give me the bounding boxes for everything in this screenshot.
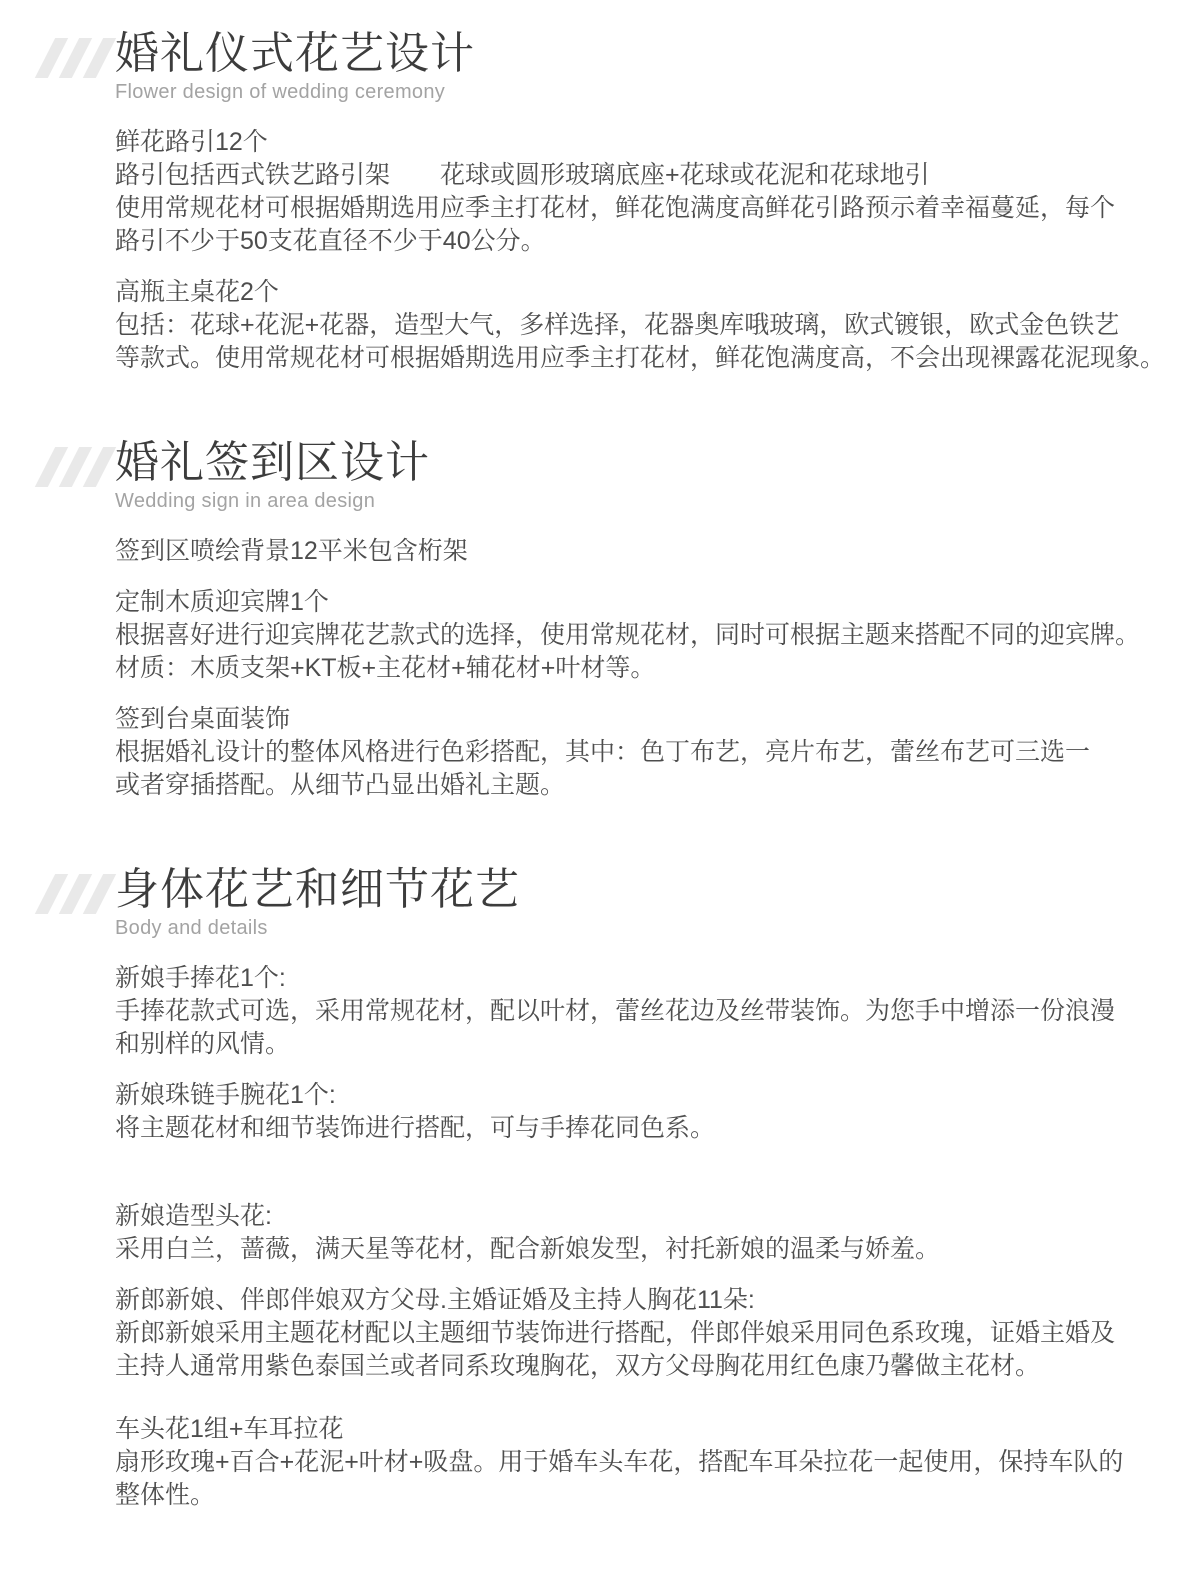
paragraph-signin-table-decor: 签到台桌面装饰 根据婚礼设计的整体风格进行色彩搭配，其中：色丁布艺，亮片布艺，蕾… — [115, 703, 1175, 802]
section-title: 婚礼签到区设计 — [115, 439, 1175, 487]
text-line: 根据婚礼设计的整体风格进行色彩搭配，其中：色丁布艺，亮片布艺，蕾丝布艺可三选一 — [115, 736, 1175, 769]
paragraph-wrist-flower: 新娘珠链手腕花1个: 将主题花材和细节装饰进行搭配，可与手捧花同色系。 — [115, 1079, 1175, 1145]
section-header: 身体花艺和细节花艺 Body and details — [115, 866, 1175, 940]
text-line: 新娘手捧花1个: — [115, 962, 1175, 995]
paragraph-car-flowers: 车头花1组+车耳拉花 扇形玫瑰+百合+花泥+叶材+吸盘。用于婚车头车花，搭配车耳… — [115, 1413, 1175, 1512]
text-line: 高瓶主桌花2个 — [115, 276, 1175, 309]
section-sign-in-area-design: 婚礼签到区设计 Wedding sign in area design 签到区喷… — [115, 439, 1175, 802]
paragraph-spray-backdrop: 签到区喷绘背景12平米包含桁架 — [115, 535, 1175, 568]
text-line: 和别样的风情。 — [115, 1028, 1175, 1061]
section-subtitle-en: Wedding sign in area design — [115, 489, 1175, 513]
paragraph-bridal-bouquet: 新娘手捧花1个: 手捧花款式可选，采用常规花材，配以叶材，蕾丝花边及丝带装饰。为… — [115, 962, 1175, 1061]
text-line: 签到台桌面装饰 — [115, 703, 1175, 736]
text-line: 路引不少于50支花直径不少于40公分。 — [115, 225, 1175, 258]
section-subtitle-en: Body and details — [115, 916, 1175, 940]
section-header: 婚礼仪式花艺设计 Flower design of wedding ceremo… — [115, 30, 1175, 104]
text-line: 整体性。 — [115, 1479, 1175, 1512]
section-body-and-details: 身体花艺和细节花艺 Body and details 新娘手捧花1个: 手捧花款… — [115, 866, 1175, 1512]
text-line: 鲜花路引12个 — [115, 126, 1175, 159]
text-line: 新娘造型头花: — [115, 1200, 1175, 1233]
section-subtitle-en: Flower design of wedding ceremony — [115, 80, 1175, 104]
text-line: 手捧花款式可选，采用常规花材，配以叶材，蕾丝花边及丝带装饰。为您手中增添一份浪漫 — [115, 995, 1175, 1028]
text-line: 主持人通常用紫色泰国兰或者同系玫瑰胸花，双方父母胸花用红色康乃馨做主花材。 — [115, 1350, 1175, 1383]
text-line: 将主题花材和细节装饰进行搭配，可与手捧花同色系。 — [115, 1112, 1175, 1145]
section-title: 婚礼仪式花艺设计 — [115, 30, 1175, 78]
text-line: 路引包括西式铁艺路引架 花球或圆形玻璃底座+花球或花泥和花球地引 — [115, 159, 1175, 192]
section-title: 身体花艺和细节花艺 — [115, 866, 1175, 914]
paragraph-welcome-board: 定制木质迎宾牌1个 根据喜好进行迎宾牌花艺款式的选择，使用常规花材，同时可根据主… — [115, 586, 1175, 685]
wedding-package-document: 婚礼仪式花艺设计 Flower design of wedding ceremo… — [0, 0, 1200, 1572]
text-line: 材质：木质支架+KT板+主花材+辅花材+叶材等。 — [115, 652, 1175, 685]
section-header: 婚礼签到区设计 Wedding sign in area design — [115, 439, 1175, 513]
text-line: 新郎新娘采用主题花材配以主题细节装饰进行搭配，伴郎伴娘采用同色系玫瑰，证婚主婚及 — [115, 1317, 1175, 1350]
text-line: 车头花1组+车耳拉花 — [115, 1413, 1175, 1446]
text-line: 签到区喷绘背景12平米包含桁架 — [115, 535, 1175, 568]
text-line: 或者穿插搭配。从细节凸显出婚礼主题。 — [115, 769, 1175, 802]
paragraph-tall-vase-centerpiece: 高瓶主桌花2个 包括：花球+花泥+花器，造型大气，多样选择，花器奥库哦玻璃，欧式… — [115, 276, 1175, 375]
text-line: 根据喜好进行迎宾牌花艺款式的选择，使用常规花材，同时可根据主题来搭配不同的迎宾牌… — [115, 619, 1175, 652]
text-line: 使用常规花材可根据婚期选用应季主打花材，鲜花饱满度高鲜花引路预示着幸福蔓延，每个 — [115, 192, 1175, 225]
text-line: 包括：花球+花泥+花器，造型大气，多样选择，花器奥库哦玻璃，欧式镀银，欧式金色铁… — [115, 309, 1175, 342]
text-line: 等款式。使用常规花材可根据婚期选用应季主打花材，鲜花饱满度高，不会出现裸露花泥现… — [115, 342, 1175, 375]
text-line: 定制木质迎宾牌1个 — [115, 586, 1175, 619]
diagonal-stripes-icon — [45, 874, 106, 914]
diagonal-stripes-icon — [45, 38, 106, 78]
text-line: 新郎新娘、伴郎伴娘双方父母.主婚证婚及主持人胸花11朵: — [115, 1284, 1175, 1317]
paragraph-corsages: 新郎新娘、伴郎伴娘双方父母.主婚证婚及主持人胸花11朵: 新郎新娘采用主题花材配… — [115, 1284, 1175, 1383]
text-line: 采用白兰，蔷薇，满天星等花材，配合新娘发型，衬托新娘的温柔与娇羞。 — [115, 1233, 1175, 1266]
section-ceremony-flower-design: 婚礼仪式花艺设计 Flower design of wedding ceremo… — [115, 30, 1175, 375]
paragraph-bridal-headdress: 新娘造型头花: 采用白兰，蔷薇，满天星等花材，配合新娘发型，衬托新娘的温柔与娇羞… — [115, 1200, 1175, 1266]
paragraph-flower-road-lead: 鲜花路引12个 路引包括西式铁艺路引架 花球或圆形玻璃底座+花球或花泥和花球地引… — [115, 126, 1175, 258]
diagonal-stripes-icon — [45, 447, 106, 487]
text-line: 新娘珠链手腕花1个: — [115, 1079, 1175, 1112]
text-line: 扇形玫瑰+百合+花泥+叶材+吸盘。用于婚车头车花，搭配车耳朵拉花一起使用，保持车… — [115, 1446, 1175, 1479]
